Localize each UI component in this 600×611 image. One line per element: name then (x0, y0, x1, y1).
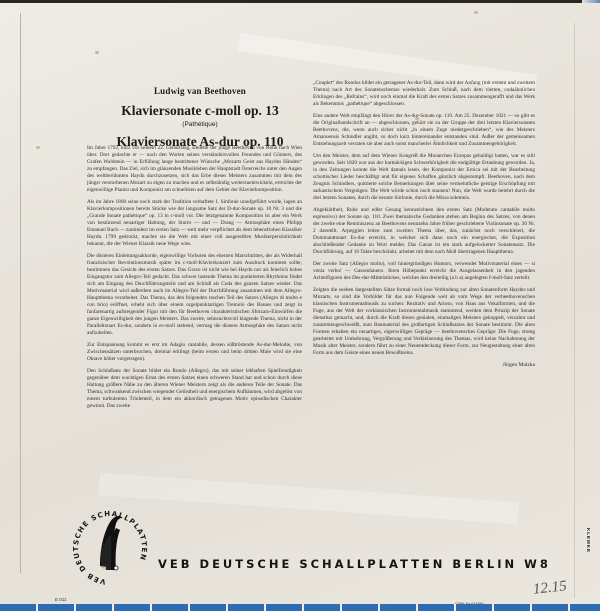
work-title-1: Klaviersonate c-moll op. 13 (80, 103, 320, 119)
paragraph: Im Jahre 1792, kurz vor seinem 22. Gebur… (87, 145, 302, 194)
paragraph: Der zweite Satz (Allegro molto), voll hi… (313, 261, 535, 282)
catalog-code: E 011 (55, 597, 66, 602)
handwritten-price: 12.15 (532, 578, 567, 598)
printer-mark: KLEMKE (586, 528, 591, 553)
stain-spot (36, 146, 40, 149)
stain-spot (95, 51, 99, 54)
paragraph: Zeigten die soeben dargestellten Sätze f… (313, 287, 535, 357)
paragraph: Als im Jahre 1800 seine noch stark der T… (87, 199, 302, 248)
crease-highlight (98, 473, 519, 524)
liner-notes-right-column: „Couplet“ des Rondos bildet ein getragen… (313, 80, 535, 369)
paragraph: Um den Meister, dem auf dem Wiener Kongr… (313, 153, 535, 202)
paragraph: Zur Entspannung kommt es erst im Adagio … (87, 342, 302, 363)
work-subtitle-1: (Pathétique) (80, 121, 320, 128)
paragraph: Abgeklärtheit, Ruhe und edler Gesang ken… (313, 207, 535, 256)
paragraph: Den Schlußsatz der Sonate bildet ein Ron… (87, 368, 302, 410)
author-signature: Jürgen Malzka (313, 362, 535, 369)
composer-name: Ludwig van Beethoven (80, 86, 320, 96)
liner-notes-left-column: Im Jahre 1792, kurz vor seinem 22. Gebur… (87, 145, 302, 415)
bottom-edge-stripe (0, 604, 600, 611)
right-seam (574, 23, 575, 598)
harp-icon: VEB DEUTSCHE SCHALLPLATTEN (70, 508, 150, 588)
left-seam (20, 13, 21, 573)
liner-header: Ludwig van Beethoven Klaviersonate c-mol… (80, 86, 320, 150)
paragraph: Eine andere Welt empfängt den Hörer der … (313, 113, 535, 148)
paragraph: Die düsteren Einleitungsakkorde, eigenwi… (87, 253, 302, 337)
paragraph: „Couplet“ des Rondos bildet ein getragen… (313, 80, 535, 108)
record-label-name: VEB DEUTSCHE SCHALLPLATTEN BERLIN W8 (158, 557, 551, 571)
stain-spot (474, 11, 478, 14)
